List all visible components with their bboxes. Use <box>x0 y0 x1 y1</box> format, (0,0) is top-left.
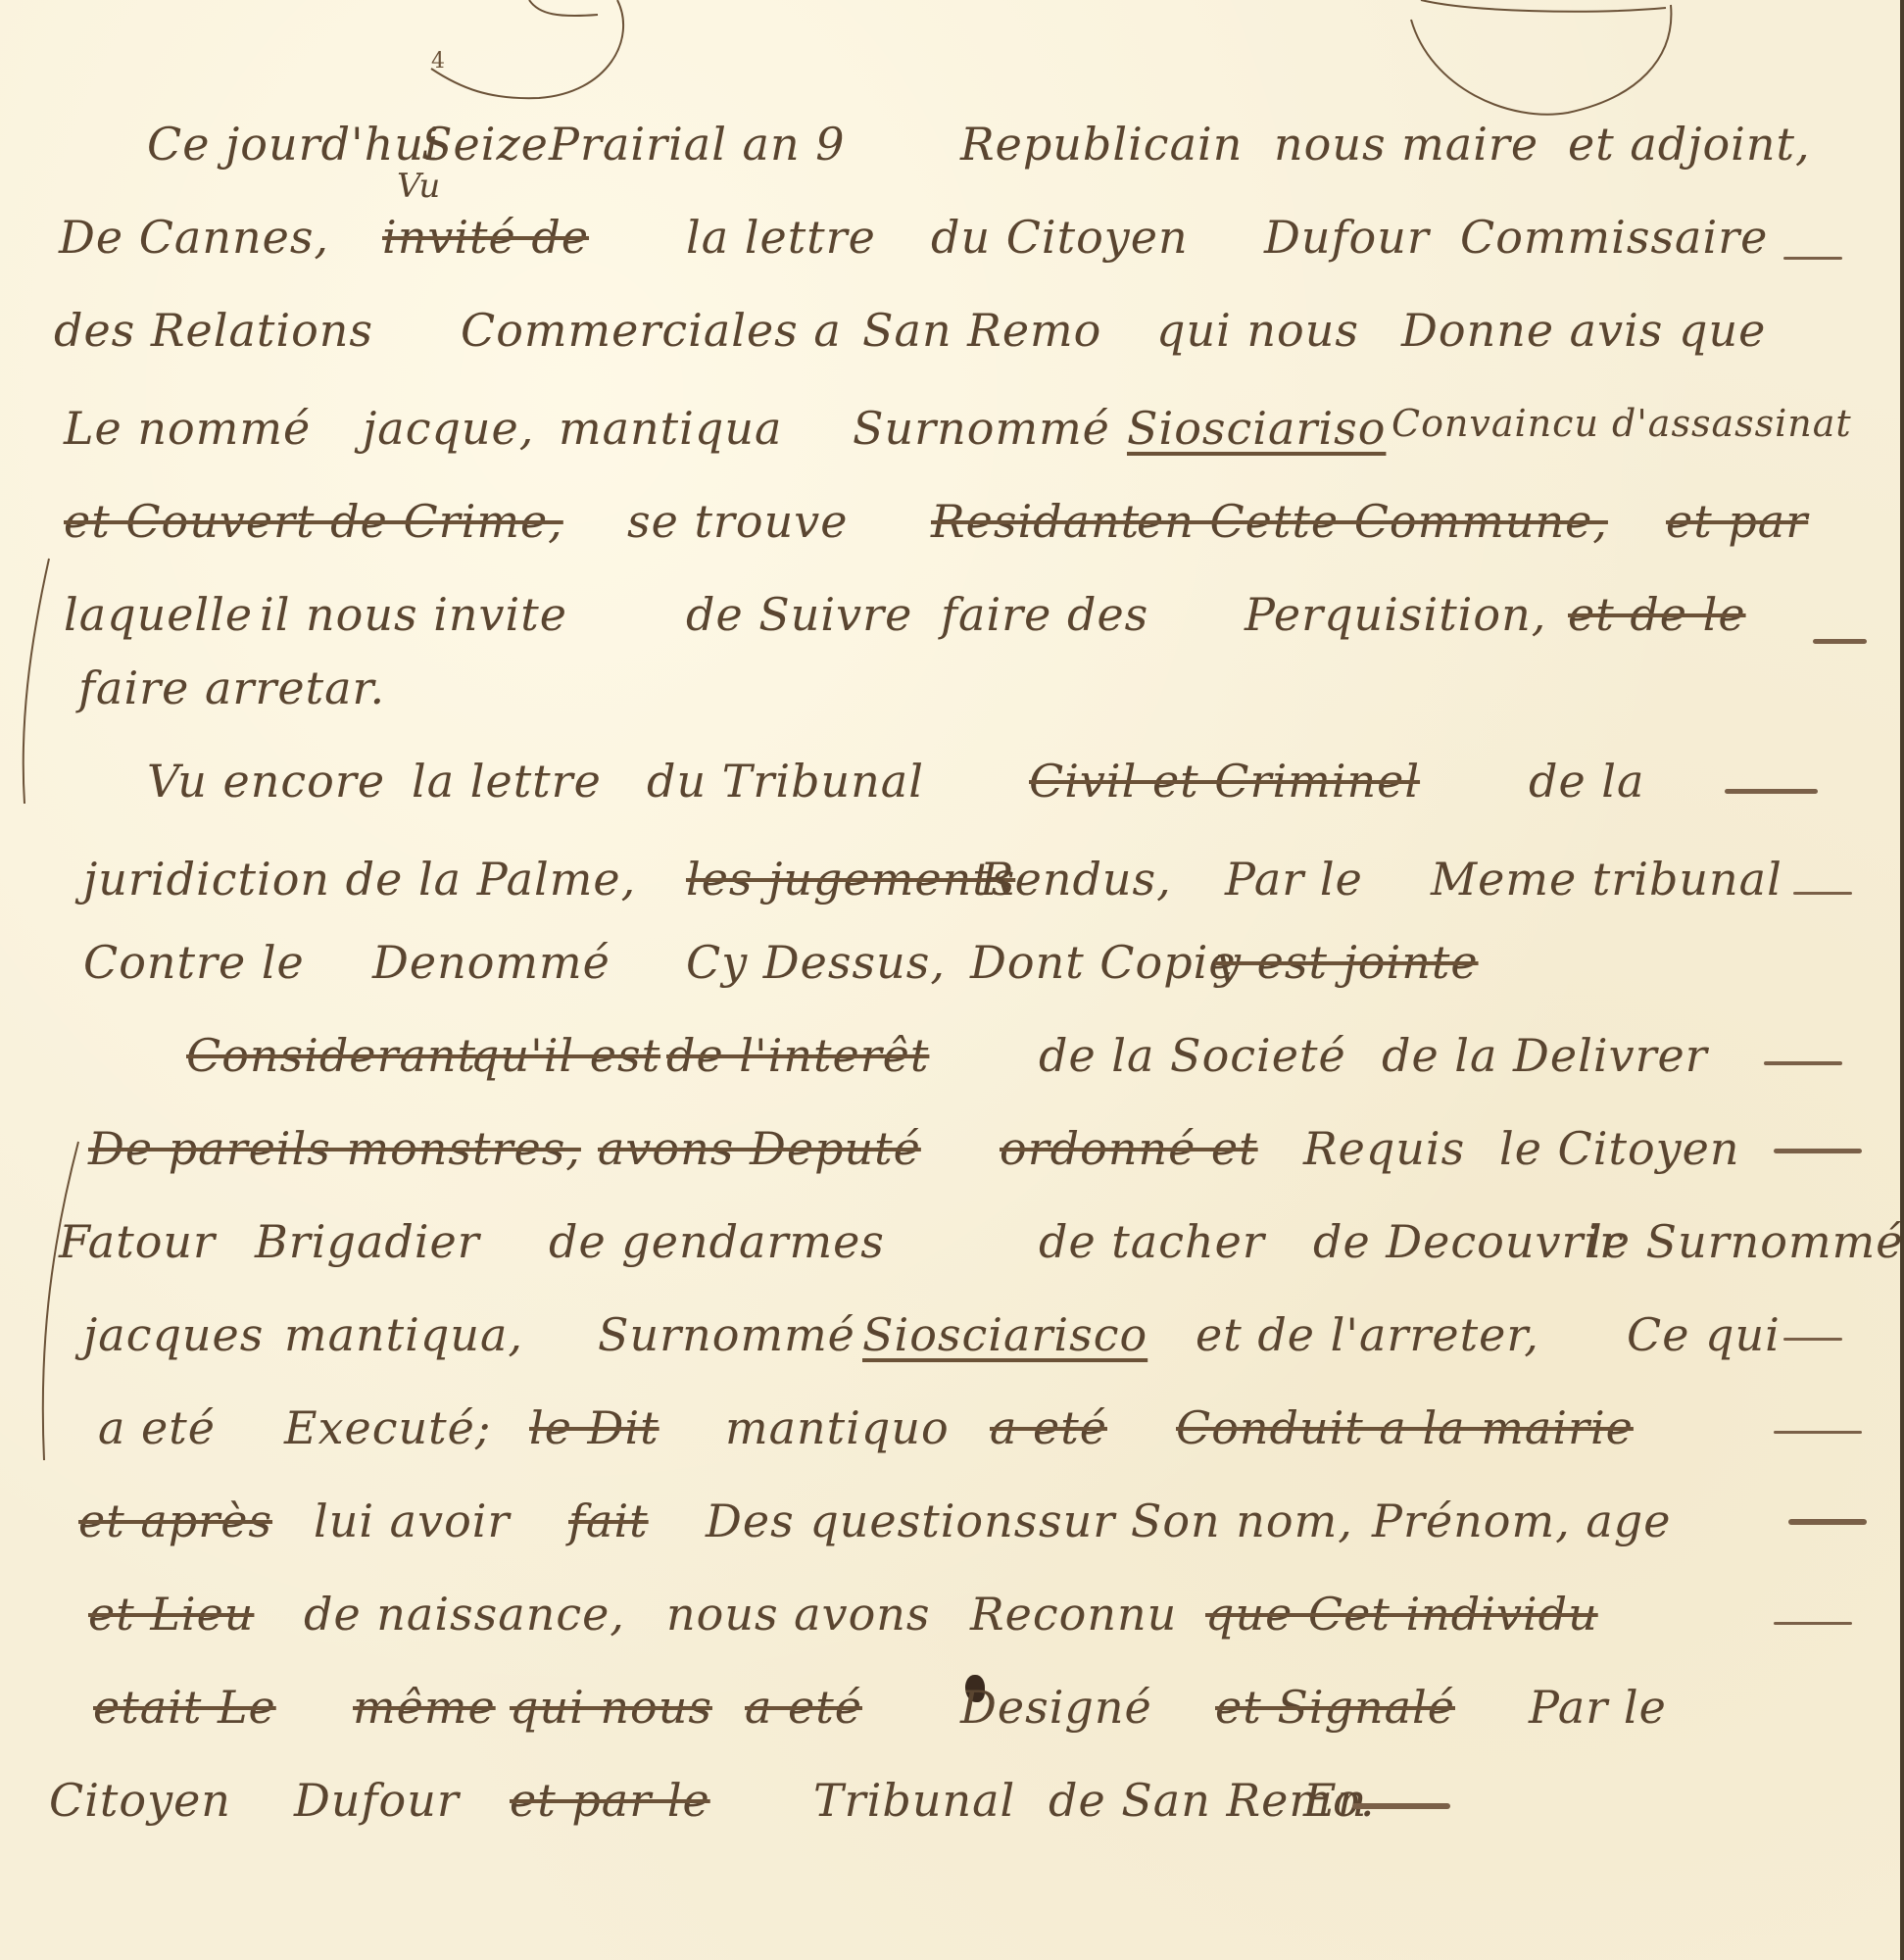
line-segment: fait <box>568 1494 649 1547</box>
line-segment: et Couvert de Crime, <box>64 495 563 548</box>
line-segment: il nous invite <box>260 588 567 641</box>
line-segment: Par le <box>1529 1681 1667 1734</box>
page-marker: 4 <box>431 49 445 73</box>
line-segment: sur Son nom, <box>1039 1494 1353 1547</box>
line-segment: Des questions <box>706 1494 1038 1547</box>
line-segment: Commerciales a <box>461 304 842 357</box>
line-segment: Considerant <box>186 1029 476 1082</box>
line-segment: San Remo <box>862 304 1101 357</box>
line-segment: Perquisition, <box>1245 588 1546 641</box>
line-segment: et de le <box>1568 588 1746 641</box>
page-edge <box>1900 0 1904 1960</box>
line-segment: etait Le <box>93 1681 276 1734</box>
line-segment: Denommé <box>372 936 610 989</box>
line-segment: Cy Dessus, <box>686 936 946 989</box>
line-filler-dash <box>1352 1803 1450 1809</box>
line-segment: Prénom, age <box>1372 1494 1671 1547</box>
line-segment: se trouve <box>627 495 848 548</box>
line-segment: Civil et Criminel <box>1029 755 1420 808</box>
line-segment: de l'interêt <box>666 1029 929 1082</box>
line-filler-dash <box>1774 1149 1862 1153</box>
line-segment: que Cet individu <box>1205 1588 1598 1641</box>
line-segment: et adjoint, <box>1568 118 1811 171</box>
line-segment: qui nous <box>510 1681 712 1734</box>
interlinear-insert: Vu <box>397 167 440 206</box>
line-segment: Surnommé <box>853 402 1110 455</box>
line-segment: même <box>353 1681 496 1734</box>
line-segment: Fatour <box>59 1215 216 1268</box>
line-segment: les jugements <box>686 853 1015 906</box>
line-segment: Donne avis que <box>1401 304 1766 357</box>
line-segment: De Cannes, <box>59 211 329 264</box>
line-segment: Par le <box>1225 853 1363 906</box>
line-filler-dash <box>1774 1431 1862 1434</box>
line-segment: Citoyen <box>49 1774 231 1827</box>
line-segment: lui avoir <box>314 1494 510 1547</box>
line-segment: Meme tribunal <box>1431 853 1782 906</box>
line-segment: de tacher <box>1039 1215 1265 1268</box>
line-segment: Dufour <box>1264 211 1430 264</box>
line-segment: et Lieu <box>88 1588 254 1641</box>
top-flourish-right <box>1391 0 1705 127</box>
line-filler-dash <box>1783 1338 1842 1341</box>
line-segment: le Dit <box>529 1401 659 1454</box>
left-margin-flourish-2 <box>20 1137 98 1470</box>
line-segment: du Citoyen <box>931 211 1189 264</box>
line-segment: Designé <box>960 1681 1152 1734</box>
line-filler-dash <box>1764 1061 1842 1065</box>
line-segment: Dont Copie <box>970 936 1237 989</box>
line-segment: et par le <box>510 1774 710 1827</box>
line-segment: Conduit a la mairie <box>1176 1401 1634 1454</box>
manuscript-page: 4 Vu Ce jourd'hui Seize Prairial an 9 Re… <box>0 0 1904 1960</box>
line-segment: En <box>1303 1774 1367 1827</box>
line-segment: Ce jourd'hui <box>147 118 440 171</box>
line-segment: qu'il est <box>470 1029 660 1082</box>
line-filler-dash <box>1725 789 1818 794</box>
underlined-name: Siosciarisco <box>862 1308 1147 1361</box>
line-segment: de naissance, <box>304 1588 625 1641</box>
line-filler-dash <box>1793 892 1852 895</box>
line-segment: Reconnu <box>970 1588 1177 1641</box>
line-segment: Brigadier <box>255 1215 480 1268</box>
line-segment: de la Societé <box>1039 1029 1346 1082</box>
line-segment: mantiquo <box>725 1401 950 1454</box>
line-filler-dash <box>1788 1519 1867 1525</box>
line-segment: de la Delivrer <box>1382 1029 1708 1082</box>
line-segment: Dufour <box>294 1774 460 1827</box>
line-segment: le Citoyen <box>1499 1122 1739 1175</box>
line-segment: mantiqua <box>559 402 782 455</box>
line-segment: a eté <box>745 1681 862 1734</box>
underlined-name: Siosciariso <box>1127 402 1386 455</box>
line-segment: et par <box>1666 495 1808 548</box>
line-segment: laquelle <box>64 588 253 641</box>
struck-text: invité de <box>382 211 589 264</box>
line-segment: y est jointe <box>1215 936 1479 989</box>
line-segment: a eté <box>990 1401 1107 1454</box>
line-segment: et après <box>78 1494 272 1547</box>
line-segment: Surnommé <box>598 1308 855 1361</box>
line-filler-dash <box>1783 257 1842 260</box>
line-segment: Requis <box>1303 1122 1465 1175</box>
line-segment: la lettre <box>412 755 602 808</box>
line-segment: du Tribunal <box>647 755 924 808</box>
line-segment: Le nommé <box>64 402 311 455</box>
line-segment: avons Deputé <box>598 1122 921 1175</box>
line-segment: Contre le <box>83 936 305 989</box>
line-segment: juridiction de la Palme, <box>83 853 636 906</box>
top-flourish-left <box>372 0 686 118</box>
line-segment: faire des <box>941 588 1148 641</box>
line-segment: jacque, <box>363 402 534 455</box>
line-filler-dash <box>1813 639 1867 644</box>
line-segment: en Cette Commune, <box>1137 495 1608 548</box>
line-filler-dash <box>1774 1622 1852 1625</box>
line-segment: Convaincu d'assassinat <box>1391 402 1852 445</box>
line-segment: Commissaire <box>1460 211 1768 264</box>
line-segment: Residant <box>931 495 1140 548</box>
line-segment: De pareils monstres, <box>88 1122 581 1175</box>
line-segment: de gendarmes <box>549 1215 885 1268</box>
line-segment: et Signalé <box>1215 1681 1455 1734</box>
line-segment: Rendus, <box>980 853 1172 906</box>
line-segment: Republicain <box>960 118 1243 171</box>
line-segment: Vu encore <box>147 755 385 808</box>
line-segment: de la <box>1529 755 1644 808</box>
line-segment: de Suivre <box>686 588 912 641</box>
line-segment: qui nous <box>1156 304 1359 357</box>
line-segment: Executé; <box>284 1401 491 1454</box>
line-segment: la lettre <box>686 211 876 264</box>
line-segment: Ce qui <box>1627 1308 1781 1361</box>
line-segment: des Relations <box>54 304 373 357</box>
line-segment: Seize <box>421 118 549 171</box>
line-segment: de Decouvrir <box>1313 1215 1622 1268</box>
line-segment: jacques <box>83 1308 264 1361</box>
line-segment: a eté <box>98 1401 216 1454</box>
struck-text: ordonné et <box>1000 1122 1258 1175</box>
line-segment: faire arretar. <box>78 661 385 714</box>
line-segment: mantiqua, <box>284 1308 523 1361</box>
line-segment: Prairial an 9 <box>549 118 845 171</box>
line-segment: Tribunal <box>813 1774 1015 1827</box>
line-segment: le Surnommé <box>1587 1215 1903 1268</box>
line-segment: nous avons <box>666 1588 931 1641</box>
line-segment: et de l'arreter, <box>1196 1308 1539 1361</box>
line-segment: nous maire <box>1274 118 1538 171</box>
